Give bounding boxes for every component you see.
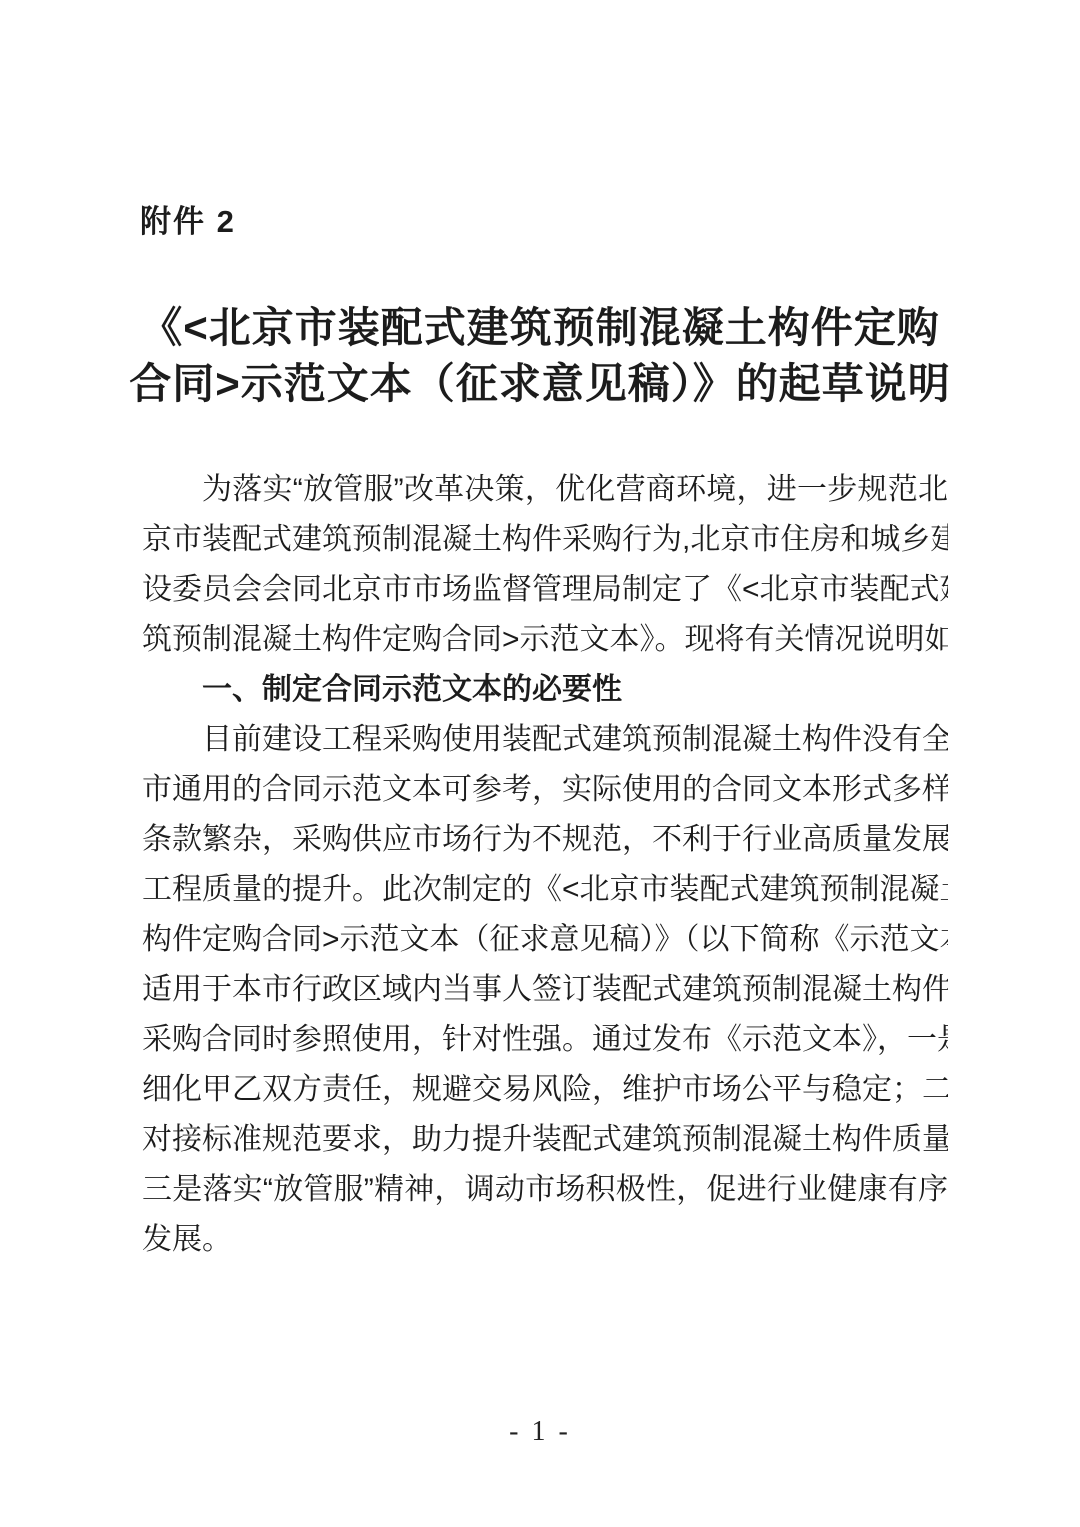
body-line: 为落实“放管服”改革决策，优化营商环境，进一步规范北 xyxy=(142,465,948,515)
body-line: 适用于本市行政区域内当事人签订装配式建筑预制混凝土构件 xyxy=(142,965,948,1015)
body-line: 对接标准规范要求，助力提升装配式建筑预制混凝土构件质量； xyxy=(142,1115,948,1165)
document-title: 《<北京市装配式建筑预制混凝土构件定购 合同>示范文本（征求意见稿）》的起草说明 xyxy=(0,300,1080,412)
body-line: 京市装配式建筑预制混凝土构件采购行为,北京市住房和城乡建 xyxy=(142,515,948,565)
document-body: 为落实“放管服”改革决策，优化营商环境，进一步规范北 京市装配式建筑预制混凝土构… xyxy=(142,465,948,1265)
page-number: - 1 - xyxy=(0,1416,1080,1448)
body-line: 采购合同时参照使用，针对性强。通过发布《示范文本》，一是 xyxy=(142,1015,948,1065)
paragraph-1: 为落实“放管服”改革决策，优化营商环境，进一步规范北 京市装配式建筑预制混凝土构… xyxy=(142,465,948,665)
body-line: 市通用的合同示范文本可参考，实际使用的合同文本形式多样， xyxy=(142,765,948,815)
body-line: 目前建设工程采购使用装配式建筑预制混凝土构件没有全 xyxy=(142,715,948,765)
body-line: 工程质量的提升。此次制定的《<北京市装配式建筑预制混凝土 xyxy=(142,865,948,915)
title-line-2: 合同>示范文本（征求意见稿）》的起草说明 xyxy=(0,356,1080,412)
paragraph-2: 目前建设工程采购使用装配式建筑预制混凝土构件没有全 市通用的合同示范文本可参考，… xyxy=(142,715,948,1265)
section-heading-1: 一、制定合同示范文本的必要性 xyxy=(142,665,948,715)
body-line: 构件定购合同>示范文本（征求意见稿）》（以下简称《示范文本》） xyxy=(142,915,948,965)
body-line: 条款繁杂，采购供应市场行为不规范，不利于行业高质量发展和 xyxy=(142,815,948,865)
body-line: 设委员会会同北京市市场监督管理局制定了《<北京市装配式建 xyxy=(142,565,948,615)
body-line: 细化甲乙双方责任，规避交易风险，维护市场公平与稳定；二是 xyxy=(142,1065,948,1115)
document-page: 附件 2 《<北京市装配式建筑预制混凝土构件定购 合同>示范文本（征求意见稿）》… xyxy=(0,0,1080,1527)
body-line: 三是落实“放管服”精神，调动市场积极性，促进行业健康有序 xyxy=(142,1165,948,1215)
body-line: 发展。 xyxy=(142,1215,948,1265)
title-line-1: 《<北京市装配式建筑预制混凝土构件定购 xyxy=(0,300,1080,356)
attachment-label: 附件 2 xyxy=(140,196,236,241)
body-line: 筑预制混凝土构件定购合同>示范文本》。现将有关情况说明如下： xyxy=(142,615,948,665)
